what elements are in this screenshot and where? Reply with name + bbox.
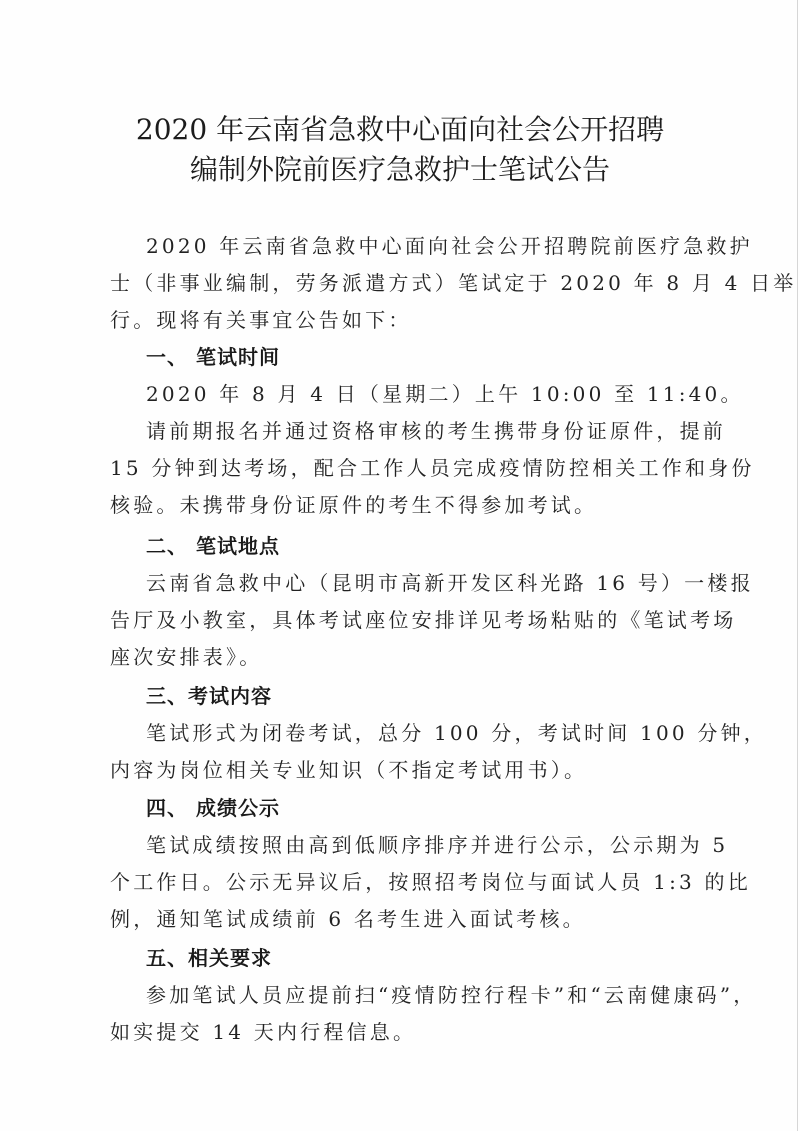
intro-line-2: 士（非事业编制，劳务派遣方式）笔试定于 2020 年 8 月 4 日举 (110, 265, 694, 302)
section-4-line-3: 例，通知笔试成绩前 6 名考生进入面试考核。 (110, 901, 694, 938)
section-1-line-2: 请前期报名并通过资格审核的考生携带身份证原件，提前 (110, 413, 730, 450)
document-title-line-1: 2020 年云南省急救中心面向社会公开招聘 (0, 110, 800, 150)
section-5-line-2: 如实提交 14 天内行程信息。 (110, 1014, 694, 1051)
section-3-line-2: 内容为岗位相关专业知识（不指定考试用书）。 (110, 752, 694, 789)
section-heading-requirements: 五、相关要求 (146, 940, 272, 977)
section-3-line-1: 笔试形式为闭卷考试，总分 100 分，考试时间 100 分钟， (110, 715, 730, 752)
section-heading-score-publication: 四、 成绩公示 (146, 790, 280, 827)
intro-line-1: 2020 年云南省急救中心面向社会公开招聘院前医疗急救护 (110, 228, 730, 265)
section-heading-exam-time: 一、 笔试时间 (146, 339, 280, 376)
document-title-line-2: 编制外院前医疗急救护士笔试公告 (0, 150, 800, 190)
section-2-line-2: 告厅及小教室，具体考试座位安排详见考场粘贴的《笔试考场 (110, 602, 694, 639)
intro-line-3: 行。现将有关事宜公告如下： (110, 302, 694, 339)
section-4-line-2: 个工作日。公示无异议后，按照招考岗位与面试人员 1:3 的比 (110, 864, 694, 901)
section-1-line-4: 核验。未携带身份证原件的考生不得参加考试。 (110, 487, 694, 524)
section-1-line-1: 2020 年 8 月 4 日（星期二）上午 10:00 至 11:40。 (110, 376, 730, 413)
section-1-line-3: 15 分钟到达考场，配合工作人员完成疫情防控相关工作和身份 (110, 450, 694, 487)
section-4-line-1: 笔试成绩按照由高到低顺序排序并进行公示，公示期为 5 (110, 827, 730, 864)
document-page: 2020 年云南省急救中心面向社会公开招聘 编制外院前医疗急救护士笔试公告 20… (0, 0, 800, 1131)
section-heading-exam-content: 三、考试内容 (146, 678, 272, 715)
section-2-line-1: 云南省急救中心（昆明市高新开发区科光路 16 号）一楼报 (110, 565, 730, 602)
section-heading-exam-location: 二、 笔试地点 (146, 528, 280, 565)
section-2-line-3: 座次安排表》。 (110, 639, 694, 676)
section-5-line-1: 参加笔试人员应提前扫“疫情防控行程卡”和“云南健康码”， (110, 977, 730, 1014)
